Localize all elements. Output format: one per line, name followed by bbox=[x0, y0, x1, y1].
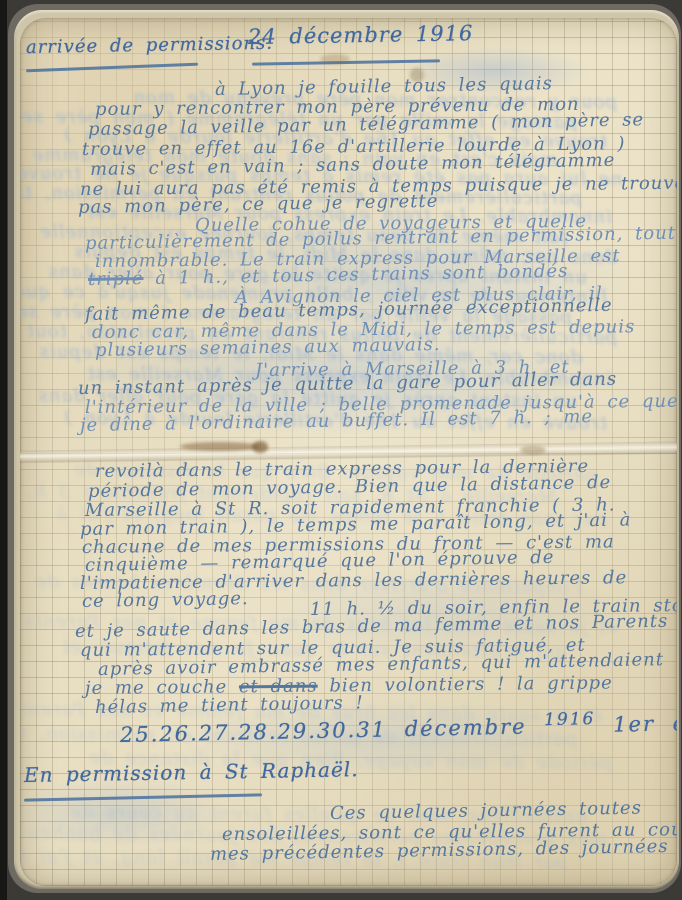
underline-stroke bbox=[24, 793, 262, 801]
struck-word: triplé bbox=[88, 268, 144, 290]
dates-banner-year: 1916 bbox=[544, 709, 596, 730]
manuscript-line: ce long voyage. bbox=[82, 589, 249, 611]
section-heading: En permission à St Raphaël. bbox=[24, 760, 359, 785]
underline-stroke bbox=[252, 59, 440, 65]
date-heading: 24 décembre 1916 bbox=[248, 24, 474, 47]
manuscript-line: hélas me tient toujours ! bbox=[95, 693, 364, 717]
manuscript-line: plusieurs semaines aux mauvais. bbox=[95, 335, 441, 360]
notebook-page: pour y rencontrer mon père prévenu de mo… bbox=[20, 18, 677, 886]
underline-stroke bbox=[26, 63, 198, 72]
photo-backdrop: { "palette": { "backdrop": "#3c3a36", "p… bbox=[0, 0, 682, 900]
dates-banner-part: 1er et 2 Janvier 1917 bbox=[613, 706, 677, 736]
dates-banner-part: 25.26.27.28.29.30.31 décembre bbox=[120, 714, 527, 747]
notebook-spine-edge bbox=[0, 0, 7, 900]
ink-bleed-blot bbox=[20, 778, 230, 848]
margin-note: arrivée de permissions. bbox=[26, 34, 273, 57]
